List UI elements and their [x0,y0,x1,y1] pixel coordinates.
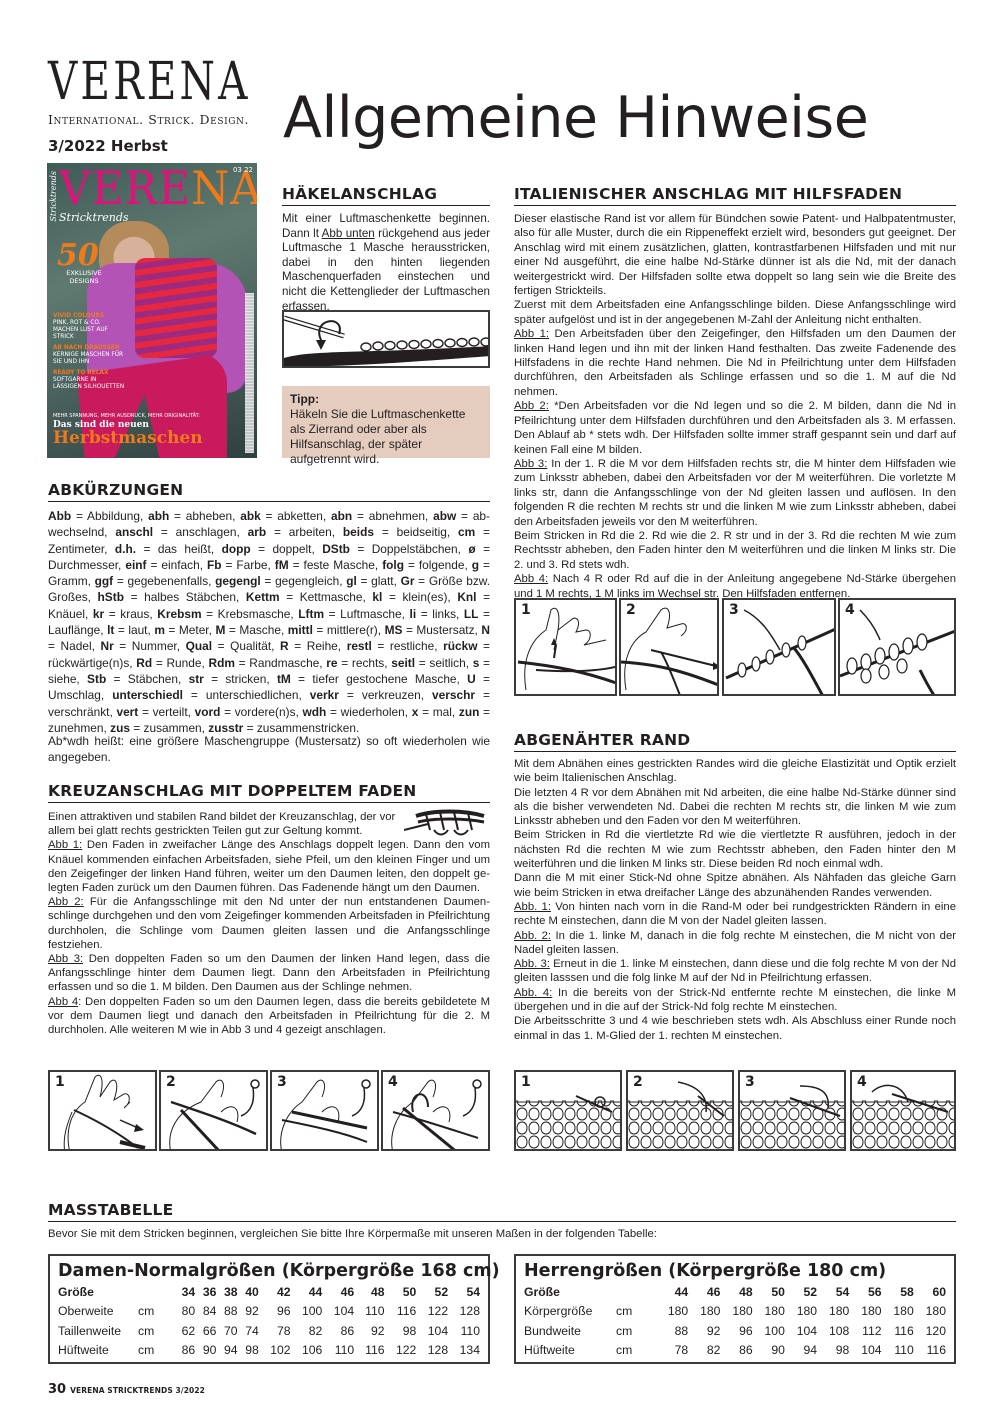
size-row: Oberweitecm8084889296100104110116122128 [58,1302,480,1322]
italienischer-intro-2: Zuerst mit dem Arbeitsfaden eine Anfangs… [514,298,956,327]
step-text: Nach 4 R oder Rd auf die in der Anleitun… [514,573,956,599]
size-header-unit [138,1282,174,1302]
kreuzanschlag-figure-4: 4 [381,1070,490,1151]
abbreviation-term: gl [346,574,357,588]
step-text: Den Faden in zweifacher Länge des Anschl… [48,839,490,894]
cover-bullet-head: VIVID COLOURS [53,313,125,320]
abbreviation-term: anschl [115,525,153,539]
size-header-value: 38 [216,1282,237,1302]
cover-barcode [245,293,254,453]
abbreviation-term: R [280,639,289,653]
italienischer-heading: ITALIENISCHER ANSCHLAG MIT HILFSFADEN [514,184,956,206]
measure-value: 88 [656,1321,688,1341]
abbreviation-definition: = seitlich, [415,656,473,670]
abbreviation-term: U [467,672,476,686]
measure-value: 180 [753,1302,785,1322]
abbreviation-term: Krebsm [157,607,201,621]
hand-knitting-icon [516,600,617,696]
measure-value: 98 [385,1321,417,1341]
knitting-needle-icon [724,600,836,696]
kreuzanschlag-figure-3: 3 [270,1070,379,1151]
abbreviation-term: kr [93,607,104,621]
size-header-value: 44 [656,1282,688,1302]
measure-value: 100 [291,1302,323,1322]
kreuzanschlag-text: Einen attraktiven und stabilen Rand bild… [48,810,490,1037]
measure-value: 84 [195,1302,216,1322]
abbreviation-term: arb [248,525,267,539]
men-size-grid: Größe444648505254565860Körpergrößecm1801… [524,1282,946,1360]
step-label: Abb 4 [48,996,78,1008]
abbreviation-term: verkr [310,688,339,702]
measure-value: 74 [238,1321,259,1341]
abbreviation-definition: = Qualität, [212,639,280,653]
abbreviation-definition: = klein(es), [382,590,457,604]
abbreviation-term: wdh [303,705,327,719]
measure-value: 86 [720,1341,752,1361]
measure-value: 78 [259,1321,291,1341]
size-header-value: 50 [385,1282,417,1302]
abbreviation-definition: = verkreuzen, [339,688,432,702]
hand-needle-icon [161,1072,268,1151]
measure-value: 122 [416,1302,448,1322]
abbreviation-term: m [154,623,165,637]
figure-number: 1 [55,1074,65,1090]
measure-value: 180 [720,1302,752,1322]
measure-value: 180 [656,1302,688,1322]
step-label: Abb 1: [514,328,549,340]
measure-value: 110 [882,1341,914,1361]
abkuerzungen-heading: ABKÜRZUNGEN [48,480,490,502]
abbreviation-definition: = das heißt, [136,542,222,556]
step-label: Abb 2: [514,400,549,412]
step-text: In der 1. R die M vor dem Hilfsfaden rec… [514,458,956,528]
abbreviation-term: gegengl [215,574,261,588]
abbreviation-term: abn [331,509,352,523]
abbreviation-term: unterschiedl [112,688,183,702]
step-text: Von hinten nach vorn in die Rand-M oder … [514,901,956,927]
kreuzanschlag-step-2: Abb 2: Für die Anfangsschlinge mit den N… [48,895,490,952]
abgenaehter-figure-1: 1 [514,1070,622,1151]
step-text: Den doppelten Faden so um den Daumen der… [48,953,490,993]
italienischer-step-4: Abb 4: Nach 4 R oder Rd auf die in der A… [514,572,956,601]
measure-value: 86 [174,1341,195,1361]
measure-value: 94 [785,1341,817,1361]
abgenaehter-para: Die letzten 4 R vor dem Abnähen mit Nd a… [514,786,956,829]
measure-value: 86 [322,1321,354,1341]
measure-label: Körpergröße [524,1302,616,1322]
figure-number: 3 [277,1074,287,1090]
women-table-title: Damen-Normalgrößen (Körpergröße 168 cm) [58,1260,480,1282]
figure-number: 2 [626,602,636,618]
abbreviation-term: Lftm [298,607,324,621]
size-header-row: Größe444648505254565860 [524,1282,946,1302]
measure-value: 110 [354,1302,384,1322]
measure-value: 120 [914,1321,946,1341]
abbreviation-term: Nr [100,639,113,653]
abbreviation-term: Rdm [208,656,234,670]
abgenaehter-para: Dann die M mit einer Stick-Nd ohne Spitz… [514,871,956,900]
measure-value: 92 [688,1321,720,1341]
abbreviation-definition: = Krebsmasche, [202,607,299,621]
abbreviation-term: cm [458,525,475,539]
abbreviation-term: MS [385,623,403,637]
tip-box: Tipp: Häkeln Sie die Luftmaschenkette al… [282,386,490,458]
measure-value: 180 [914,1302,946,1322]
measure-value: 78 [656,1341,688,1361]
step-label: Abb. 4: [514,987,552,999]
abbreviation-definition: = Doppelstäbchen, [350,542,468,556]
size-header-value: 52 [416,1282,448,1302]
cover-bullets: VIVID COLOURS PINK, ROT & CO. MACHEN LUS… [53,313,125,391]
size-header-row: Größe3436384042444648505254 [58,1282,480,1302]
abbreviation-definition: = Nummer, [114,639,186,653]
measure-value: 92 [238,1302,259,1322]
abbreviation-list: Abb = Abbildung, abh = abheben, abk = ab… [48,508,490,736]
women-size-table: Damen-Normalgrößen (Körpergröße 168 cm) … [48,1254,490,1364]
step-label: Abb. 1: [514,901,551,913]
measure-value: 90 [753,1341,785,1361]
abbreviation-definition: = doppelt, [251,542,323,556]
logo-tagline: International. Strick. Design. [48,112,249,127]
abbreviation-definition: = Farbe, [222,558,275,572]
step-label: Abb 4: [514,573,548,585]
abbreviation-term: d.h. [115,542,136,556]
abbreviation-term: abw [433,509,456,523]
knitted-edge-icon [628,1072,734,1151]
masstabelle-heading: MASSTABELLE [48,1200,956,1222]
abbreviation-term: abh [148,509,169,523]
women-size-grid: Größe3436384042444648505254Oberweitecm80… [58,1282,480,1360]
cover-logo: VERENA [59,163,257,213]
issue-label: 3/2022 Herbst [48,137,168,155]
step-label: Abb 3: [514,458,547,470]
measure-label: Hüftweite [58,1341,138,1361]
abbreviation-definition: = verteilt, [138,705,194,719]
measure-unit: cm [616,1341,656,1361]
cover-sweater [135,258,217,358]
abbreviation-term: Gr [401,574,415,588]
size-header-value: 40 [238,1282,259,1302]
hand-thread-icon [50,1072,157,1151]
cover-big-number-sub: EXKLUSIVE DESIGNS [62,269,106,285]
kreuzanschlag-step-4: Abb 4: Den doppelten Faden so um den Dau… [48,995,490,1038]
size-header-value: 44 [291,1282,323,1302]
abbreviation-definition: = rechts, [338,656,392,670]
page-footer: 30VERENA STRICKTRENDS 3/2022 [48,1378,205,1397]
kreuzanschlag-step-1: Abb 1: Den Faden in zweifacher Länge des… [48,838,490,895]
measure-value: 116 [354,1341,384,1361]
cover-kicker: MEHR SPANNUNG, MEHR AUSDRUCK, MEHR ORIGI… [53,413,200,419]
size-row: Hüftweitecm86909498102106110116122128134 [58,1341,480,1361]
italienischer-rounds-text: Beim Stricken in Rd die 2. Rd wie die 2.… [514,529,956,572]
measure-unit: cm [616,1302,656,1322]
abbreviation-term: str [189,672,204,686]
measure-unit: cm [138,1341,174,1361]
cover-bullet-head: READY TO RELAX [53,370,125,377]
italienischer-figure-2: 2 [619,598,719,696]
figure-number: 2 [166,1074,176,1090]
step-label: Abb 3: [48,953,83,965]
verena-logo: VERENA [48,52,213,112]
step-label: Abb. 2: [514,930,551,942]
size-header-value: 48 [354,1282,384,1302]
abbreviation-term: g [472,558,479,572]
kreuzanschlag-step-3: Abb 3: Den doppelten Faden so um den Dau… [48,952,490,995]
abbreviation-definition: = abnehmen, [352,509,433,523]
size-header-unit [616,1282,656,1302]
magazine-name: VERENA STRICKTRENDS 3/2022 [70,1386,205,1395]
abbreviation-definition: = kraus, [104,607,157,621]
cover-issue-badge: 03 22 [233,166,253,174]
abbreviation-term: mittl [288,623,313,637]
step-label: Abb. 3: [514,958,550,970]
abbreviation-definition: = unterschied­lichen, [183,688,310,702]
crochet-chain-icon [284,312,490,368]
abbreviation-term: kl [372,590,382,604]
abbreviation-definition: = wiederholen, [326,705,411,719]
italienischer-figure-1: 1 [514,598,617,696]
abbreviation-definition: = folgende, [404,558,472,572]
abbreviation-term: ggf [95,574,114,588]
cover-headline-2: Herbstmaschen [53,428,203,448]
figure-number: 4 [388,1074,398,1090]
measure-value: 180 [785,1302,817,1322]
step-text: : Den doppelten Faden so um den Daumen l… [48,996,490,1036]
size-header-value: 54 [817,1282,849,1302]
measure-value: 180 [817,1302,849,1322]
step-text: In die 1. linke M, danach in die folg re… [514,930,956,956]
abbreviation-definition: = tiefer gestochene Masche, [291,672,467,686]
measure-value: 96 [720,1321,752,1341]
size-header-value: 48 [720,1282,752,1302]
abbreviation-footnote: Ab*wdh heißt: eine größere Maschengruppe… [48,733,490,766]
men-size-table: Herrengrößen (Körpergröße 180 cm) Größe4… [514,1254,956,1364]
abbreviation-definition: = Abbildung, [71,509,148,523]
measure-value: 110 [322,1341,354,1361]
abbreviation-definition: = Kettmasche, [280,590,373,604]
kreuzanschlag-figure-2: 2 [159,1070,268,1151]
abbreviation-term: restl [347,639,372,653]
abbreviation-definition: = vordere(n)s, [220,705,302,719]
abgenaehter-figure-3: 3 [738,1070,846,1151]
size-header-value: 50 [753,1282,785,1302]
measure-value: 82 [688,1341,720,1361]
measure-value: 104 [849,1341,881,1361]
abgenaehter-step-1: Abb. 1: Von hinten nach vorn in die Rand… [514,900,956,929]
abbreviation-term: Fb [207,558,222,572]
abgenaehter-closing: Die Arbeitsschritte 3 und 4 wie beschrie… [514,1014,956,1043]
measure-value: 180 [882,1302,914,1322]
abgenaehter-text: Mit dem Abnähen eines gestrickten Randes… [514,757,956,1043]
hand-needle-icon [272,1072,379,1151]
step-text: *Den Arbeitsfaden vor die Nd legen und s… [514,400,956,455]
kreuzanschlag-heading: KREUZANSCHLAG MIT DOPPELTEM FADEN [48,781,490,803]
measure-value: 180 [688,1302,720,1322]
figure-number: 3 [745,1074,755,1090]
abbreviation-definition: = laut, [114,623,154,637]
abgenaehter-step-3: Abb. 3: Erneut in die 1. linke M einstec… [514,957,956,986]
abbreviation-definition: = beidseitig, [374,525,458,539]
abbreviation-term: beids [343,525,374,539]
abbreviation-term: DStb [322,542,350,556]
measure-value: 98 [817,1341,849,1361]
size-row: Hüftweitecm788286909498104110116 [524,1341,946,1361]
measure-value: 66 [195,1321,216,1341]
italienischer-figure-4: 4 [838,598,956,696]
abbreviation-term: Kettm [246,590,280,604]
abbreviation-definition: = halbes Stäbchen, [124,590,246,604]
size-row: Taillenweitecm626670747882869298104110 [58,1321,480,1341]
abbreviation-term: vert [116,705,138,719]
cover-subtitle: Stricktrends [59,211,129,224]
measure-value: 94 [216,1341,237,1361]
hand-needle-icon [383,1072,490,1151]
abbreviation-term: verschr [432,688,475,702]
abbreviation-term: Qual [186,639,212,653]
abbreviation-term: N [481,623,490,637]
measure-value: 80 [174,1302,195,1322]
measure-unit: cm [138,1302,174,1322]
step-text: Den Arbeitsfaden über den Zeigefinger, d… [514,328,956,398]
abbreviation-definition: = Luftmasche, [324,607,409,621]
measure-value: 98 [238,1341,259,1361]
abgenaehter-step-4: Abb. 4: In die bereits von der Strick-Nd… [514,986,956,1015]
measure-value: 116 [882,1321,914,1341]
abbreviation-definition: = glatt, [357,574,401,588]
size-row: Körpergrößecm180180180180180180180180180 [524,1302,946,1322]
men-table-title: Herrengrößen (Körpergröße 180 cm) [524,1260,946,1282]
abbreviation-definition: = stricken, [204,672,277,686]
cover-bullet-text: KERNIGE MASCHEN FÜR SIE UND IHN [53,352,125,366]
abbreviation-definition: = Stäbchen, [106,672,188,686]
abbreviation-definition: = Randmasche, [235,656,326,670]
tip-text: Häkeln Sie die Luftmaschenkette als Zier… [290,407,482,467]
measure-value: 116 [914,1341,946,1361]
measure-value: 108 [817,1321,849,1341]
abbreviation-term: einf [125,558,146,572]
size-header-value: 34 [174,1282,195,1302]
abbreviation-definition: = arbeiten, [266,525,343,539]
figure-number: 1 [521,602,531,618]
abbreviation-definition: = feste Masche, [289,558,383,572]
abbreviation-definition: = abketten, [261,509,331,523]
measure-value: 96 [259,1302,291,1322]
abbreviation-definition: = mal, [418,705,458,719]
abbreviation-term: Stb [87,672,106,686]
italienischer-text: Dieser elastische Rand ist vor allem für… [514,212,956,601]
abgenaehter-heading: ABGENÄHTER RAND [514,730,956,752]
step-label: Abb 1: [48,839,82,851]
step-text: In die bereits von der Strick-Nd entfern… [514,987,956,1013]
abbreviation-definition: = restliche, [372,639,443,653]
figure-number: 3 [729,602,739,618]
measure-label: Oberweite [58,1302,138,1322]
measure-value: 180 [849,1302,881,1322]
abbreviation-term: Rd [136,656,152,670]
abbreviation-definition: = Reihe, [289,639,347,653]
haekelanschlag-text: Mit einer Luftmaschenkette beginnen. Dan… [282,212,490,314]
size-header-value: 46 [688,1282,720,1302]
size-header-value: 60 [914,1282,946,1302]
page-title: Allgemeine Hinweise [283,82,868,154]
abgenaehter-figure-2: 2 [626,1070,734,1151]
abbreviation-term: abk [240,509,261,523]
abbreviation-definition: = gegebenenfalls, [113,574,215,588]
tip-title: Tipp: [290,392,482,407]
measure-unit: cm [616,1321,656,1341]
abbreviation-term: M [215,623,225,637]
cover-logo-pink: VERE [59,163,191,215]
abbreviation-term: seitl [391,656,415,670]
abbreviation-term: fM [275,558,289,572]
step-label: Abb 2: [48,896,84,908]
measure-label: Bundweite [524,1321,616,1341]
abbreviation-definition: = Mustersatz, [402,623,481,637]
measure-value: 92 [354,1321,384,1341]
size-header-label: Größe [524,1282,616,1302]
italienischer-step-3: Abb 3: In der 1. R die M vor dem Hilfsfa… [514,457,956,529]
measure-value: 104 [322,1302,354,1322]
measure-value: 110 [448,1321,480,1341]
abbreviation-definition: = Runde, [152,656,208,670]
abgenaehter-para: Mit dem Abnähen eines gestrickten Randes… [514,757,956,786]
abbreviation-definition: = Meter, [165,623,216,637]
abgenaehter-step-2: Abb. 2: In die 1. linke M, danach in die… [514,929,956,958]
italienischer-step-1: Abb 1: Den Arbeitsfaden über den Zeigefi… [514,327,956,399]
measure-value: 102 [259,1341,291,1361]
italienischer-figure-3: 3 [722,598,836,696]
knitted-edge-icon [740,1072,846,1151]
knitted-edge-icon [852,1072,956,1151]
haekelanschlag-heading: HÄKELANSCHLAG [282,184,490,206]
abbreviation-term: hStb [98,590,124,604]
abbreviation-definition: = abheben, [169,509,240,523]
knitted-edge-icon [516,1072,622,1151]
measure-value: 122 [385,1341,417,1361]
abbreviation-term: dopp [222,542,251,556]
abbreviation-term: vord [195,705,221,719]
cover-side-label: Stricktrends [49,171,58,222]
measure-label: Hüftweite [524,1341,616,1361]
measure-value: 106 [291,1341,323,1361]
measure-unit: cm [138,1321,174,1341]
size-header-value: 54 [448,1282,480,1302]
haekelanschlag-figure-ref: Abb unten [322,227,375,240]
kreuzanschlag-intro: Einen attraktiven und stabilen Rand bild… [48,810,400,838]
magazine-cover-image: VERENA 03 22 Stricktrends Stricktrends 5… [47,163,257,458]
abbreviation-term: tM [277,672,291,686]
size-header-value: 58 [882,1282,914,1302]
abbreviation-term: re [326,656,337,670]
abgenaehter-para: Beim Stricken in Rd die viertletzte Rd w… [514,828,956,871]
abbreviation-term: zun [459,705,479,719]
abbreviation-term: Knl [457,590,476,604]
knitting-needle-icon [840,600,956,696]
size-header-value: 42 [259,1282,291,1302]
figure-number: 4 [857,1074,867,1090]
cover-bullet-text: SOFTGARNE IN LÄSSIGEN SILHOUETTEN [53,377,125,391]
step-text: Für die Anfangsschlinge mit den Nd unter… [48,896,490,951]
kreuzanschlag-figure-1: 1 [48,1070,157,1151]
measure-value: 88 [216,1302,237,1322]
size-header-value: 56 [849,1282,881,1302]
abbreviation-term: ø [468,542,475,556]
cover-bullet-head: AB NACH DRAUSSEN [53,345,125,352]
italienischer-step-2: Abb 2: *Den Arbeitsfaden vor die Nd lege… [514,399,956,457]
abbreviation-definition: = Nadel, [48,639,100,653]
measure-value: 104 [785,1321,817,1341]
measure-value: 70 [216,1321,237,1341]
